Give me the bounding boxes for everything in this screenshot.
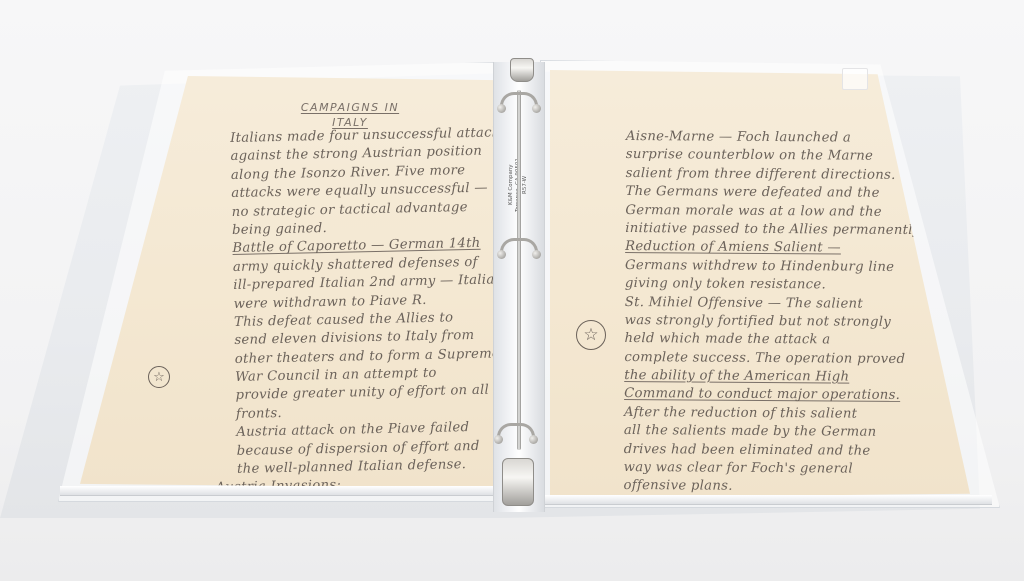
binder-ring-top[interactable] (500, 92, 538, 106)
text-line-underlined: Command to conduct major operations. (624, 385, 922, 405)
star-margin-icon: ☆ (148, 366, 170, 388)
text-line: The Germans were defeated and the (625, 183, 923, 203)
heading-st-mihiel: St. Mihiel Offensive — The salient (625, 294, 923, 314)
text-line: held which made the attack a (624, 330, 922, 350)
text-line: way was clear for Foch's general (624, 459, 922, 479)
text-line: drives had been eliminated and the (624, 441, 922, 461)
heading-aisne-marne: Aisne-Marne — Foch launched a (626, 128, 924, 148)
title-line-1: CAMPAIGNS IN (280, 100, 420, 115)
sleeve-edge-right (542, 495, 992, 505)
text-line: all the salients made by the German (624, 422, 922, 442)
text-line: After the reduction of this salient (624, 404, 922, 424)
text-line: surprise counterblow on the Marne (626, 146, 924, 166)
binder-ring-bottom[interactable] (497, 423, 535, 437)
photo-scene: CAMPAIGNS IN ITALY Italians made four un… (0, 0, 1024, 581)
binder-ring-middle[interactable] (500, 238, 538, 252)
right-page-text: Aisne-Marne — Foch launched a surprise c… (623, 128, 924, 498)
text-line: initiative passed to the Allies permanen… (625, 220, 923, 240)
ring-lever-top[interactable] (510, 58, 534, 82)
ring-lever-bottom[interactable] (502, 458, 534, 506)
sleeve-edge-left (60, 486, 498, 496)
left-page-text: Italians made four unsuccessful attacks … (230, 124, 495, 488)
text-line: giving only token resistance. (625, 275, 923, 295)
text-line: complete success. The operation proved (624, 349, 922, 369)
text-line: Germans withdrew to Hindenburg line (625, 257, 923, 277)
star-margin-icon: ☆ (576, 320, 606, 350)
spine-label-company: K&M Company (508, 150, 515, 220)
heading-amiens-salient: Reduction of Amiens Salient — (625, 238, 923, 258)
text-line: salient from three different directions. (626, 165, 924, 185)
ring-rod (517, 90, 521, 450)
text-line: was strongly fortified but not strongly (625, 312, 923, 332)
spine-label-model: R57-W (522, 150, 529, 220)
text-line-underlined: the ability of the American High (624, 367, 922, 387)
sleeve-corner-tab (842, 68, 868, 90)
text-line: German morale was at a low and the (625, 202, 923, 222)
